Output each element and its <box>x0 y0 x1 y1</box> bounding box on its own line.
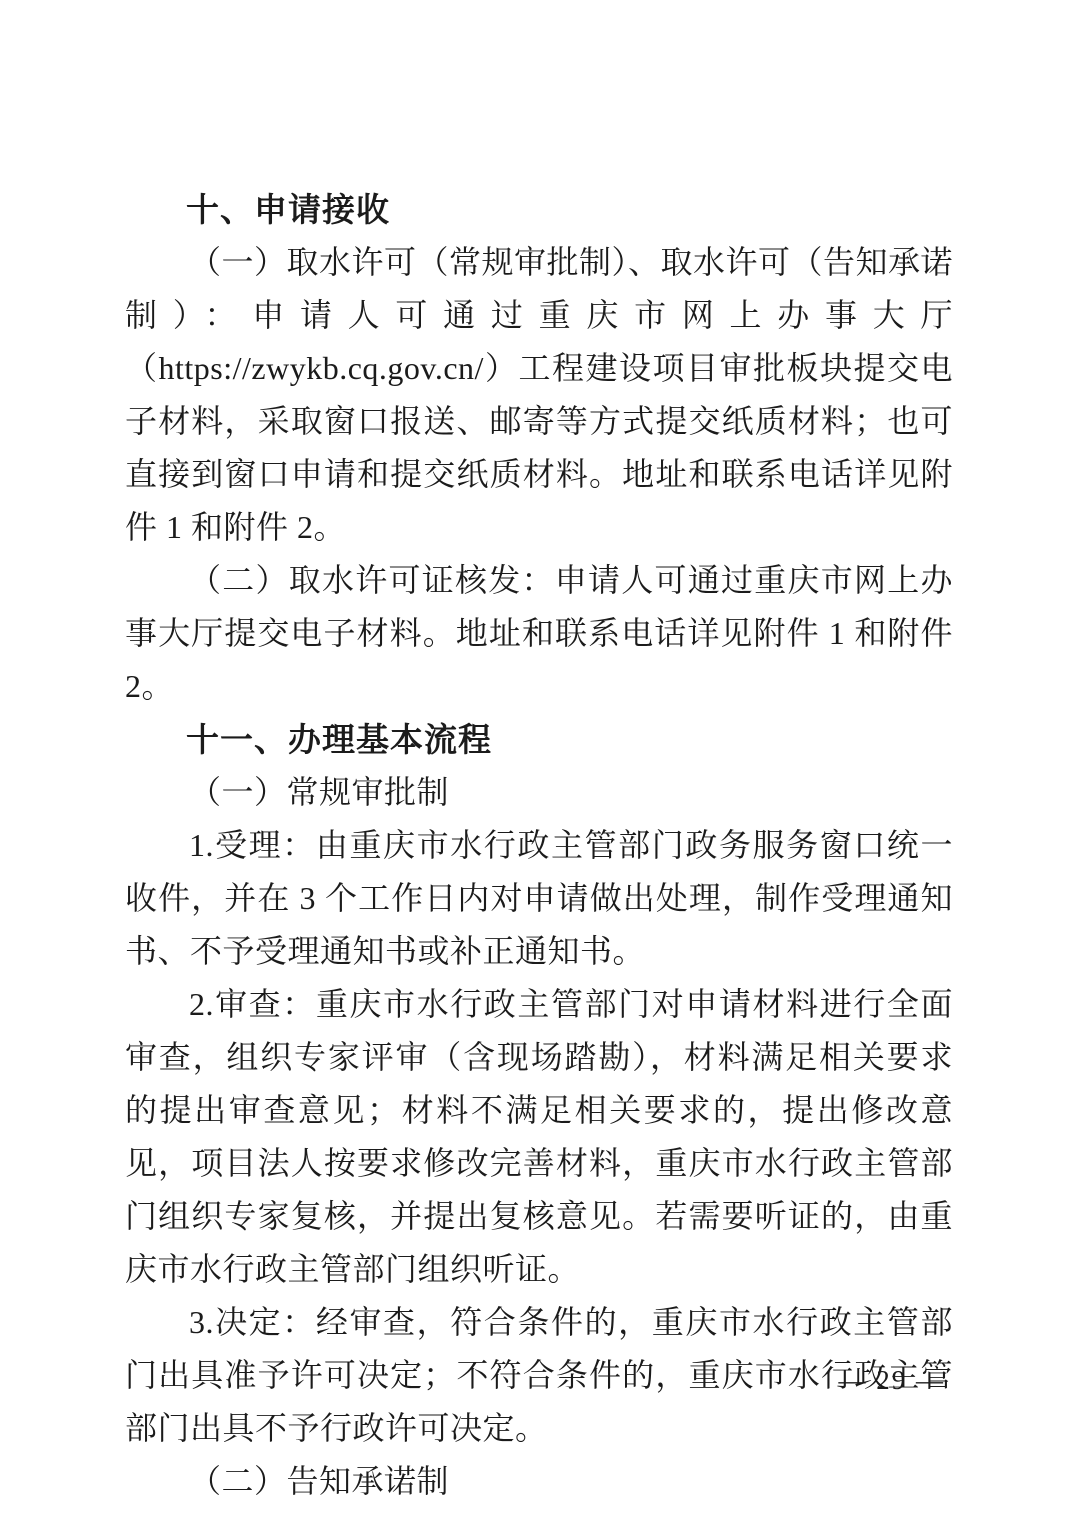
document-body: 十、申请接收 （一）取水许可（常规审批制）、取水许可（告知承诺制）：申请人可通过… <box>125 183 953 1508</box>
subheading-notification-commitment: （二）告知承诺制 <box>125 1455 953 1508</box>
paragraph-step1-acceptance: 1.受理：由重庆市水行政主管部门政务服务窗口统一收件，并在 3 个工作日内对申请… <box>125 819 953 978</box>
section-heading-basic-process: 十一、办理基本流程 <box>125 713 953 766</box>
paragraph-permit-certificate-issuance: （二）取水许可证核发：申请人可通过重庆市网上办事大厅提交电子材料。地址和联系电话… <box>125 554 953 713</box>
document-canvas: 十、申请接收 （一）取水许可（常规审批制）、取水许可（告知承诺制）：申请人可通过… <box>0 0 1075 1519</box>
document-page: { "document": { "blocks": [ { "type": "h… <box>0 0 1075 1519</box>
paragraph-water-permit-channels: （一）取水许可（常规审批制）、取水许可（告知承诺制）：申请人可通过重庆市网上办事… <box>125 236 953 554</box>
paragraph-step3-decision: 3.决定：经审查，符合条件的，重庆市水行政主管部门出具准予许可决定；不符合条件的… <box>125 1296 953 1455</box>
section-heading-application-receipt: 十、申请接收 <box>125 183 953 236</box>
paragraph-step2-review: 2.审查：重庆市水行政主管部门对申请材料进行全面审查，组织专家评审（含现场踏勘）… <box>125 978 953 1296</box>
subheading-regular-approval: （一）常规审批制 <box>125 766 953 819</box>
page-number: — 29 — <box>839 1362 946 1398</box>
